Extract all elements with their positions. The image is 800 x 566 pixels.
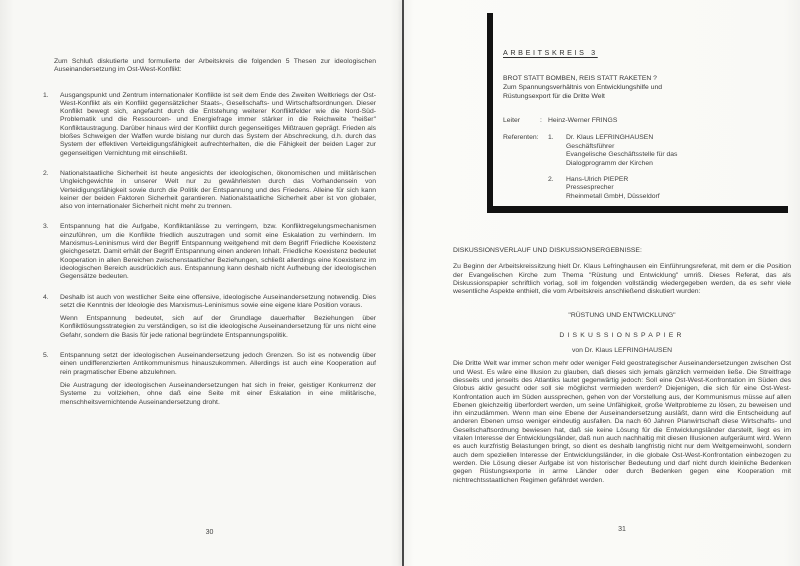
thesis-item-2: 2. Nationalstaatliche Sicherheit ist heu… xyxy=(43,170,376,211)
referent-line: Pressesprecher xyxy=(566,184,781,193)
referent-line: Geschäftsführer xyxy=(566,143,781,152)
workshop-title: BROT STATT BOMBEN, REIS STATT RAKETEN ? … xyxy=(503,74,781,101)
thesis-paragraph: Entspannung setzt der ideologischen Ause… xyxy=(60,352,376,377)
right-page-body: DISKUSSIONSVERLAUF UND DISKUSSIONSERGEBN… xyxy=(453,247,791,485)
scanned-document-spread: Zum Schluß diskutierte und formulierte d… xyxy=(0,0,800,566)
referent-details: Dr. Klaus LEFRINGHAUSEN Geschäftsführer … xyxy=(566,134,781,168)
workshop-title-line: Zum Spannungsverhältnis von Entwicklungs… xyxy=(503,83,781,92)
referent-details: Hans-Ulrich PIEPER Pressesprecher Rheinm… xyxy=(566,176,781,202)
leader-name: Heinz-Werner FRINGS xyxy=(548,116,617,125)
referents-row: Referenten: 1. Dr. Klaus LEFRINGHAUSEN G… xyxy=(503,134,781,201)
thesis-number: 5. xyxy=(43,352,60,407)
intro-paragraph: Zum Schluß diskutierte und formulierte d… xyxy=(54,58,376,75)
paper-title: "RÜSTUNG UND ENTWICKLUNG" xyxy=(453,312,791,320)
referents-list: 1. Dr. Klaus LEFRINGHAUSEN Geschäftsführ… xyxy=(548,134,781,201)
thesis-number: 4. xyxy=(43,294,60,340)
paper-author: von Dr. Klaus LEFRINGHAUSEN xyxy=(453,347,791,355)
page-gutter-line xyxy=(402,0,404,566)
discussion-intro-paragraph: Zu Beginn der Arbeitskreissitzung hielt … xyxy=(453,263,791,296)
paper-body-paragraph: Die Dritte Welt war immer schon mehr ode… xyxy=(453,360,791,484)
workshop-title-line: BROT STATT BOMBEN, REIS STATT RAKETEN ? xyxy=(503,74,781,83)
referent-item-2: 2. Hans-Ulrich PIEPER Pressesprecher Rhe… xyxy=(548,176,781,202)
thesis-item-3: 3. Entspannung hat die Aufgabe, Konflikt… xyxy=(43,223,376,281)
thesis-paragraph: Entspannung hat die Aufgabe, Konfliktanl… xyxy=(60,223,376,281)
referent-item-1: 1. Dr. Klaus LEFRINGHAUSEN Geschäftsführ… xyxy=(548,134,781,168)
leader-label: Leiter xyxy=(503,116,540,125)
box-frame-bottom-bar xyxy=(487,206,788,213)
referent-line: Dialogprogramm der Kirchen xyxy=(566,160,781,169)
thesis-paragraph: Die Austragung der ideologischen Auseina… xyxy=(60,382,376,407)
section-heading: DISKUSSIONSVERLAUF UND DISKUSSIONSERGEBN… xyxy=(453,247,791,255)
referent-line: Rheinmetall GmbH, Düsseldorf xyxy=(566,193,781,202)
referent-line: Evangelische Geschäftsstelle für das xyxy=(566,151,781,160)
thesis-paragraph: Nationalstaatliche Sicherheit ist heute … xyxy=(60,170,376,211)
thesis-paragraph: Deshalb ist auch von westlicher Seite ei… xyxy=(60,294,376,311)
thesis-number: 2. xyxy=(43,170,60,211)
referent-line: Hans-Ulrich PIEPER xyxy=(566,176,781,185)
page-number-30: 30 xyxy=(43,529,376,537)
workshop-heading: ARBEITSKREIS 3 xyxy=(503,49,781,57)
thesis-number: 1. xyxy=(43,92,60,158)
workshop-box: ARBEITSKREIS 3 BROT STATT BOMBEN, REIS S… xyxy=(503,49,781,201)
referent-line: Dr. Klaus LEFRINGHAUSEN xyxy=(566,134,781,143)
page-number-31: 31 xyxy=(453,526,791,534)
referent-number: 1. xyxy=(548,134,566,168)
thesis-paragraph: Ausgangspunkt und Zentrum internationale… xyxy=(60,92,376,158)
box-frame-left-bar xyxy=(487,13,493,209)
thesis-item-1: 1. Ausgangspunkt und Zentrum internation… xyxy=(43,92,376,158)
thesis-item-4: 4. Deshalb ist auch von westlicher Seite… xyxy=(43,294,376,340)
leader-colon: : xyxy=(540,116,548,125)
thesis-paragraph: Wenn Entspannung bedeutet, sich auf der … xyxy=(60,315,376,340)
left-page: Zum Schluß diskutierte und formulierte d… xyxy=(43,58,376,419)
paper-subtitle: DISKUSSIONSPAPIER xyxy=(453,332,791,340)
referent-number: 2. xyxy=(548,176,566,202)
workshop-title-line: Rüstungsexport für die Dritte Welt xyxy=(503,92,781,101)
referents-label: Referenten: xyxy=(503,134,548,201)
thesis-item-5: 5. Entspannung setzt der ideologischen A… xyxy=(43,352,376,407)
thesis-number: 3. xyxy=(43,223,60,281)
leader-row: Leiter : Heinz-Werner FRINGS xyxy=(503,116,781,125)
